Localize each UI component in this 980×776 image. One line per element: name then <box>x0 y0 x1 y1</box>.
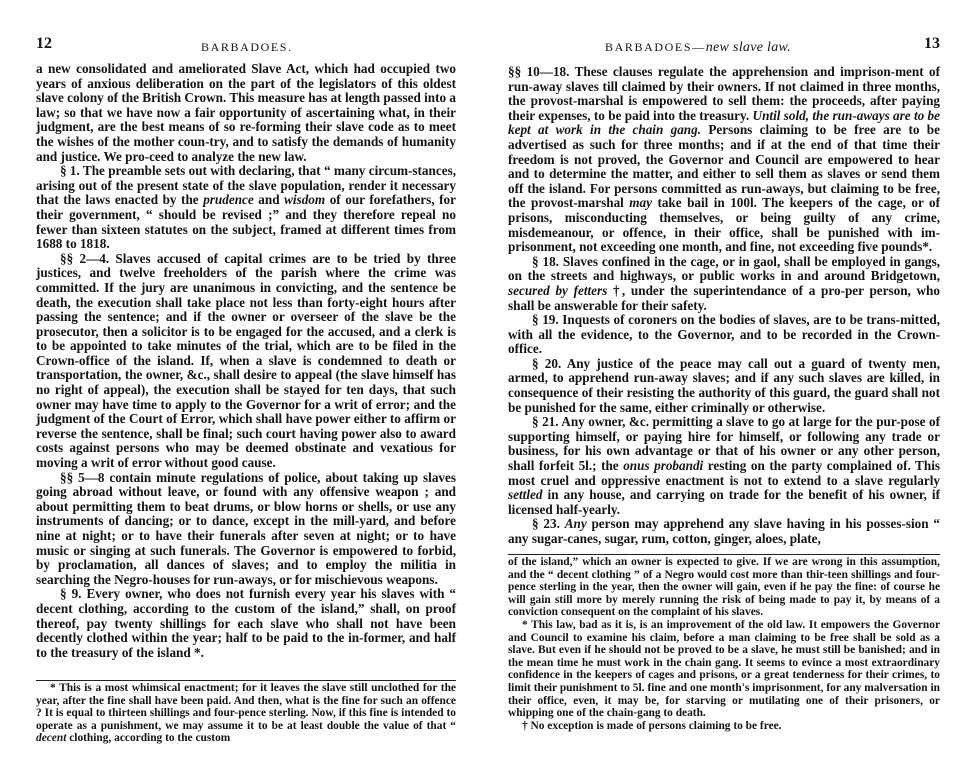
paragraph-section-9: § 9. Every owner, who does not furnish e… <box>36 587 456 660</box>
paragraph-intro: a new consolidated and ameliorated Slave… <box>36 62 456 164</box>
paragraph-section-19: § 19. Inquests of coroners on the bodies… <box>508 313 940 357</box>
footnotes-right: of the island,” which an owner is expect… <box>508 556 940 732</box>
running-head-right: BARBADOES—new slave law. 13 <box>508 38 940 58</box>
footnote-dagger: † No exception is made of persons claimi… <box>508 720 940 733</box>
footnote-continuation: of the island,” which an owner is expect… <box>508 556 940 619</box>
body-text-right: §§ 10—18. These clauses regulate the app… <box>508 65 940 547</box>
footnote-asterisk-right: * This law, bad as it is, is an improvem… <box>508 619 940 720</box>
body-text-left: a new consolidated and ameliorated Slave… <box>36 62 456 660</box>
footnote-divider-right <box>508 554 940 555</box>
left-page: 12 BARBADOES. a new consolidated and ame… <box>36 0 456 776</box>
footnote-divider-left <box>36 680 456 681</box>
running-head-title-right: BARBADOES—new slave law. <box>508 40 888 56</box>
page-number-left: 12 <box>36 35 52 53</box>
paragraph-section-23: § 23. Any person may apprehend any slave… <box>508 517 940 546</box>
page-number-right: 13 <box>924 35 940 53</box>
footnote-asterisk-left: * This is a most whimsical enactment; fo… <box>36 682 456 745</box>
paragraph-section-21: § 21. Any owner, &c. permitting a slave … <box>508 415 940 517</box>
paragraph-sections-2-4: §§ 2—4. Slaves accused of capital crimes… <box>36 252 456 471</box>
paragraph-sections-5-8: §§ 5—8 contain minute regulations of pol… <box>36 471 456 588</box>
running-head-title-left: BARBADOES. <box>201 40 293 55</box>
paragraph-section-1: § 1. The preamble sets out with declarin… <box>36 164 456 252</box>
right-page: BARBADOES—new slave law. 13 §§ 10—18. Th… <box>508 0 940 776</box>
paragraph-section-20: § 20. Any justice of the peace may call … <box>508 357 940 415</box>
running-head-left: 12 BARBADOES. <box>36 38 456 58</box>
paragraph-section-18: § 18. Slaves confined in the cage, or in… <box>508 255 940 313</box>
footnotes-left: * This is a most whimsical enactment; fo… <box>36 682 456 745</box>
paragraph-sections-10-18: §§ 10—18. These clauses regulate the app… <box>508 65 940 255</box>
